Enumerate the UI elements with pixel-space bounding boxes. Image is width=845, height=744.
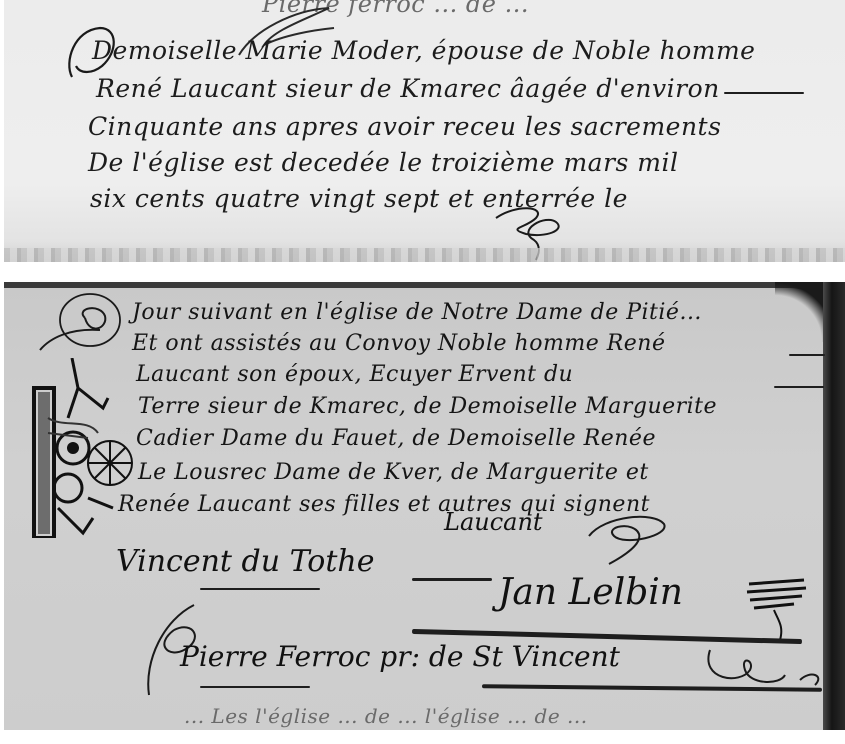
next-entry-fragment: ... Les l'église ... de ... l'église ...… xyxy=(184,704,588,728)
signature-vincent-du-tothe: Vincent du Tothe xyxy=(116,544,374,579)
top-line-1: Demoiselle Marie Moder, épouse de Noble … xyxy=(92,36,755,65)
signature-underline xyxy=(200,588,320,590)
signature-pierre-ferroc: Pierre Ferroc pr: de St Vincent xyxy=(180,640,620,673)
bottom-line-2: Et ont assistés au Convoy Noble homme Re… xyxy=(132,331,665,356)
top-line-2: René Laucant sieur de Kmarec âagée d'env… xyxy=(96,74,720,103)
line-filler-rule xyxy=(724,92,804,94)
scan-edge xyxy=(4,248,845,262)
bottom-line-1: Jour suivant en l'église de Notre Dame d… xyxy=(132,300,702,325)
bottom-line-5: Cadier Dame du Fauet, de Demoiselle René… xyxy=(136,426,656,451)
signature-jan-lelbin: Jan Lelbin xyxy=(498,572,683,613)
line-filler-rule xyxy=(774,386,824,388)
bottom-line-7: Renée Laucant ses filles et autres qui s… xyxy=(118,492,650,517)
signature-laucant: Laucant xyxy=(444,508,543,536)
top-line-5: six cents quatre vingt sept et enterrée … xyxy=(90,184,628,213)
signature-underline xyxy=(200,686,310,688)
header-fragment: Pierre ferroc ... de ... xyxy=(262,0,529,18)
top-line-3: Cinquante ans apres avoir receu les sacr… xyxy=(88,112,721,141)
bottom-line-3: Laucant son époux, Ecuyer Ervent du xyxy=(136,362,573,387)
signature-underline xyxy=(412,578,492,581)
bottom-line-4: Terre sieur de Kmarec, de Demoiselle Mar… xyxy=(138,394,717,419)
register-page-bottom: Jour suivant en l'église de Notre Dame d… xyxy=(4,282,845,730)
line-filler-rule xyxy=(789,354,825,356)
top-line-4: De l'église est decedée le troizième mar… xyxy=(88,148,679,177)
bottom-line-6: Le Lousrec Dame de Kver, de Marguerite e… xyxy=(138,460,649,485)
book-spine xyxy=(823,282,845,730)
register-page-top: Pierre ferroc ... de ... Demoiselle Mari… xyxy=(4,0,845,262)
